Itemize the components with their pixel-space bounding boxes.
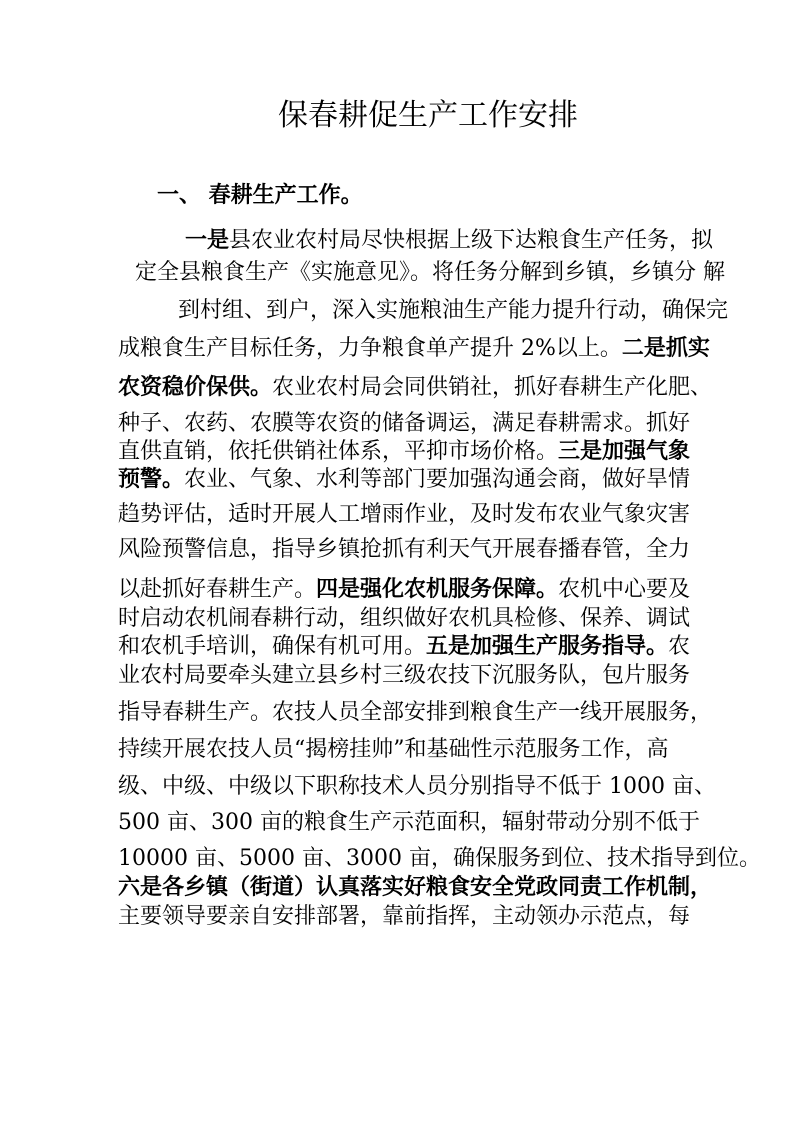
text-line: 定全县粮食生产《实施意见》。将任务分解到乡镇，乡镇分 解 <box>135 261 725 284</box>
text-segment: 定全县粮食生产《实施意见》。将任务分解到乡镇，乡镇分 解 <box>135 260 725 285</box>
text-segment: 10000 亩、5000 亩、3000 亩，确保服务到位、技术指导到位。 <box>118 846 761 871</box>
text-segment: 以赴抓好春耕生产。 <box>118 577 316 602</box>
text-line: 预警。农业、气象、水利等部门要加强沟通会商，做好旱情 <box>118 468 690 491</box>
bold-text-segment: 二是抓实 <box>622 336 710 361</box>
bold-text-segment: 六是各乡镇（街道）认真落实好粮食安全党政同责工作机制， <box>118 875 712 900</box>
text-line: 和农机手培训，确保有机可用。五是加强生产服务指导。农 <box>118 635 690 658</box>
text-segment: 到村组、到户，深入实施粮油生产能力提升行动，确保完 <box>178 298 728 323</box>
text-line: 指导春耕生产。农技人员全部安排到粮食生产一线开展服务， <box>118 701 712 724</box>
text-segment: 级、中级、中级以下职称技术人员分别指导不低于 1000 亩、 <box>118 774 716 799</box>
text-line: 种子、农药、农膜等农资的储备调运，满足春耕需求。抓好 <box>118 412 690 435</box>
text-segment: 主要领导要亲自安排部署，靠前指挥，主动领办示范点，每 <box>118 904 690 929</box>
text-line: 主要领导要亲自安排部署，靠前指挥，主动领办示范点，每 <box>118 905 690 928</box>
document-page: 保春耕促生产工作安排 一、 春耕生产工作。 一是县农业农村局尽快根据上级下达粮食… <box>0 0 794 1122</box>
bold-text-segment: 三是加强气象 <box>558 439 690 464</box>
text-line: 时启动农机闹春耕行动，组织做好农机具检修、保养、调试 <box>118 607 690 630</box>
text-line: 风险预警信息，指导乡镇抢抓有利天气开展春播春管，全力 <box>118 538 690 561</box>
text-segment: 直供直销，依托供销社体系，平抑市场价格。 <box>118 439 558 464</box>
text-segment: 和农机手培训，确保有机可用。 <box>118 634 426 659</box>
bold-text-segment: 五是加强生产服务指导。 <box>426 634 668 659</box>
text-line: 以赴抓好春耕生产。四是强化农机服务保障。农机中心要及 <box>118 578 690 601</box>
bold-text-segment: 四是强化农机服务保障。 <box>316 577 558 602</box>
text-line: 直供直销，依托供销社体系，平抑市场价格。三是加强气象 <box>118 440 690 463</box>
bold-text-segment: 农资稳价保供。 <box>118 375 272 400</box>
text-segment: 持续开展农技人员“揭榜挂帅”和基础性示范服务工作，高 <box>118 737 669 762</box>
text-segment: 种子、农药、农膜等农资的储备调运，满足春耕需求。抓好 <box>118 411 690 436</box>
bold-text-segment: 预警。 <box>118 467 184 492</box>
text-line: 趋势评估，适时开展人工增雨作业，及时发布农业气象灾害 <box>118 503 690 526</box>
text-segment: 指导春耕生产。农技人员全部安排到粮食生产一线开展服务， <box>118 700 712 725</box>
bold-text-segment: 一是 <box>185 228 229 253</box>
text-line: 500 亩、300 亩的粮食生产示范面积，辐射带动分别不低于 <box>118 811 700 834</box>
text-segment: 趋势评估，适时开展人工增雨作业，及时发布农业气象灾害 <box>118 502 690 527</box>
section-heading: 一、 春耕生产工作。 <box>157 185 363 207</box>
text-segment: 500 亩、300 亩的粮食生产示范面积，辐射带动分别不低于 <box>118 810 700 835</box>
text-line: 农资稳价保供。农业农村局会同供销社，抓好春耕生产化肥、 <box>118 376 712 399</box>
text-segment: 风险预警信息，指导乡镇抢抓有利天气开展春播春管，全力 <box>118 537 690 562</box>
text-line: 级、中级、中级以下职称技术人员分别指导不低于 1000 亩、 <box>118 775 716 798</box>
text-segment: 农业农村局会同供销社，抓好春耕生产化肥、 <box>272 375 712 400</box>
text-line: 成粮食生产目标任务，力争粮食单产提升 2%以上。二是抓实 <box>118 337 710 360</box>
text-line: 六是各乡镇（街道）认真落实好粮食安全党政同责工作机制， <box>118 876 712 899</box>
document-title: 保春耕促生产工作安排 <box>278 99 578 132</box>
text-segment: 县农业农村局尽快根据上级下达粮食生产任务，拟 <box>229 228 713 253</box>
text-segment: 成粮食生产目标任务，力争粮食单产提升 2%以上。 <box>118 336 622 361</box>
text-segment: 业农村局要牵头建立县乡村三级农技下沉服务队，包片服务 <box>118 663 690 688</box>
text-line: 到村组、到户，深入实施粮油生产能力提升行动，确保完 <box>178 299 728 322</box>
text-line: 持续开展农技人员“揭榜挂帅”和基础性示范服务工作，高 <box>118 738 669 761</box>
text-line: 一是县农业农村局尽快根据上级下达粮食生产任务，拟 <box>185 229 713 252</box>
text-segment: 时启动农机闹春耕行动，组织做好农机具检修、保养、调试 <box>118 606 690 631</box>
text-segment: 农 <box>668 634 690 659</box>
text-segment: 农业、气象、水利等部门要加强沟通会商，做好旱情 <box>184 467 690 492</box>
text-line: 10000 亩、5000 亩、3000 亩，确保服务到位、技术指导到位。 <box>118 847 761 870</box>
text-line: 业农村局要牵头建立县乡村三级农技下沉服务队，包片服务 <box>118 664 690 687</box>
text-segment: 农机中心要及 <box>558 577 690 602</box>
